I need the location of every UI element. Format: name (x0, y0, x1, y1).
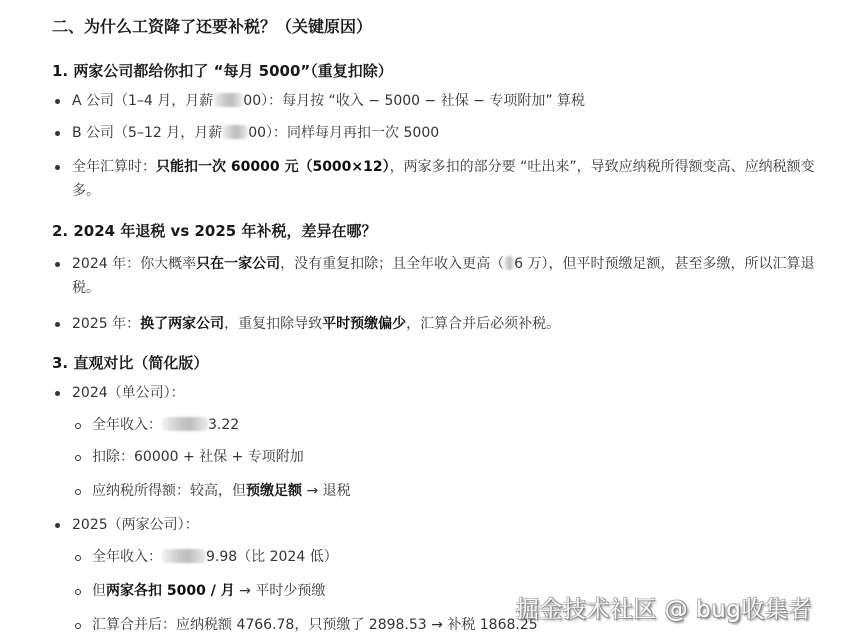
bullet-icon (55, 131, 60, 136)
circle-bullet-icon (75, 423, 81, 429)
point1-heading: 1. 两家公司都给你扣了 “每月 5000”（重复扣除） (52, 60, 393, 81)
sub-item-2025-income: 全年收入：9.98（比 2024 低） (92, 545, 822, 569)
list-item-2025: 2025 年：换了两家公司，重复扣除导致平时预缴偏少，汇算合并后必须补税。 (72, 312, 822, 336)
list-item-2024: 2024 年：你大概率只在一家公司，没有重复扣除；且全年收入更高（6 万），但平… (72, 252, 822, 300)
circle-bullet-icon (75, 455, 81, 461)
circle-bullet-icon (75, 589, 81, 595)
redacted-income (504, 256, 514, 270)
bullet-icon (55, 523, 60, 528)
point3-heading: 3. 直观对比（简化版） (52, 352, 208, 373)
redacted-income (162, 549, 206, 563)
redacted-income (162, 417, 208, 431)
section-title: 二、为什么工资降了还要补税？（关键原因） (52, 14, 372, 37)
circle-bullet-icon (75, 555, 81, 561)
redacted-salary (222, 125, 248, 139)
list-item-company-a: A 公司（1–4 月，月薪00）：每月按 “收入 − 5000 − 社保 − 专… (72, 89, 822, 113)
sub-item-2024-taxable: 应纳税所得额：较高，但预缴足额 → 退税 (92, 479, 822, 503)
sub-item-2024-income: 全年收入：3.22 (92, 413, 822, 437)
list-item-2024-single-company: 2024（单公司）： (72, 381, 822, 405)
redacted-salary (213, 93, 243, 107)
list-item-2025-two-companies: 2025（两家公司）： (72, 513, 822, 537)
sub-item-2024-deduction: 扣除：60000 + 社保 + 专项附加 (92, 445, 822, 469)
bullet-icon (55, 322, 60, 327)
list-item-annual-settlement: 全年汇算时：只能扣一次 60000 元（5000×12），两家多扣的部分要 “吐… (72, 155, 822, 203)
list-item-company-b: B 公司（5–12 月，月薪00）：同样每月再扣一次 5000 (72, 121, 822, 145)
bullet-icon (55, 99, 60, 104)
circle-bullet-icon (75, 623, 81, 629)
article-content: 二、为什么工资降了还要补税？（关键原因） 1. 两家公司都给你扣了 “每月 50… (0, 0, 842, 643)
bullet-icon (55, 391, 60, 396)
point2-heading: 2. 2024 年退税 vs 2025 年补税，差异在哪？ (52, 220, 376, 241)
watermark: 掘金技术社区 @ bug收集者 (516, 591, 812, 624)
circle-bullet-icon (75, 489, 81, 495)
bullet-icon (55, 165, 60, 170)
bullet-icon (55, 262, 60, 267)
